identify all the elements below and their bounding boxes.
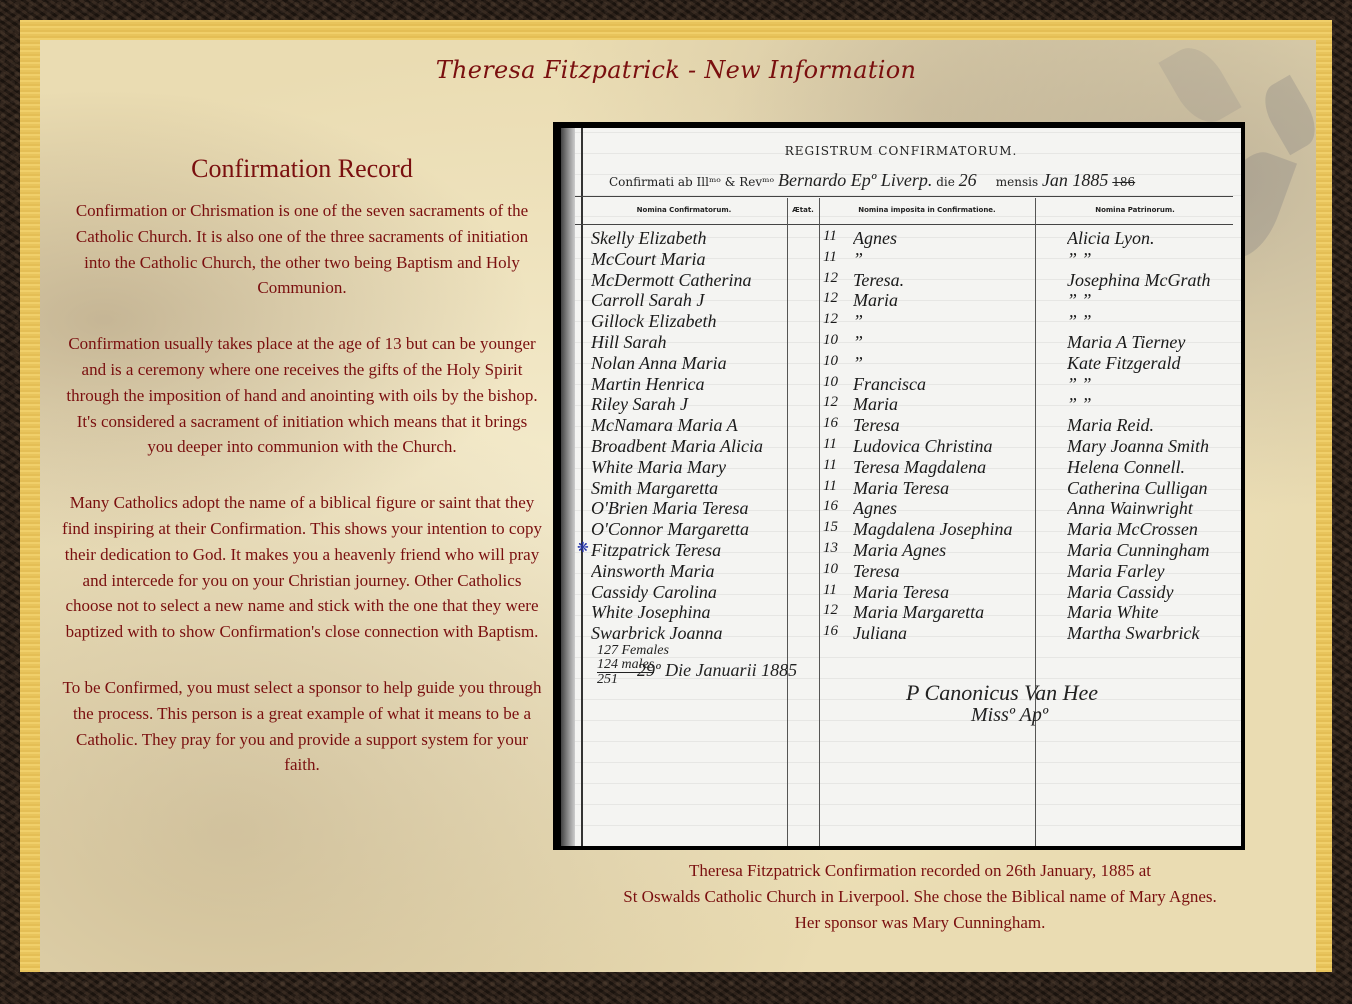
cell-confirmation-name: Francisca: [853, 374, 1063, 395]
register-row: Skelly Elizabeth11AgnesAlicia Lyon.: [591, 228, 1235, 249]
cell-age: 12: [823, 602, 838, 619]
register-row: Cassidy Carolina11Maria TeresaMaria Cass…: [591, 582, 1235, 603]
register-row-highlighted: ❋Fitzpatrick Teresa13Maria AgnesMaria Cu…: [591, 540, 1235, 561]
cell-sponsor: Maria Reid.: [1067, 415, 1267, 436]
cell-age: 10: [823, 353, 838, 370]
cell-name: O'Connor Margaretta: [591, 519, 811, 540]
register-row: Ainsworth Maria10TeresaMaria Farley: [591, 561, 1235, 582]
register-row: Smith Margaretta11Maria TeresaCatherina …: [591, 478, 1235, 499]
tally-females: 127 Females: [597, 644, 669, 658]
caption-line-2: St Oswalds Catholic Church in Liverpool.…: [560, 884, 1280, 910]
margin-line: [581, 128, 583, 846]
signature: P Canonicus Van Hee: [906, 680, 1098, 706]
decorative-leaf: [1255, 75, 1325, 156]
cell-confirmation-name: Maria Teresa: [853, 582, 1063, 603]
cell-sponsor: Maria White: [1067, 602, 1267, 623]
cell-sponsor: Maria McCrossen: [1067, 519, 1267, 540]
cell-name: Swarbrick Joanna: [591, 623, 811, 644]
register-row: Gillock Elizabeth12”” ”: [591, 311, 1235, 332]
cell-sponsor: Maria Farley: [1067, 561, 1267, 582]
cell-sponsor: Maria A Tierney: [1067, 332, 1267, 353]
cell-confirmation-name: Maria Agnes: [853, 540, 1063, 561]
record-caption: Theresa Fitzpatrick Confirmation recorde…: [560, 858, 1280, 936]
cell-age: 11: [823, 228, 837, 245]
cell-confirmation-name: Teresa: [853, 415, 1063, 436]
register-row: White Maria Mary11Teresa MagdalenaHelena…: [591, 457, 1235, 478]
cell-age: 11: [823, 478, 837, 495]
cell-confirmation-name: ”: [853, 332, 1063, 353]
book-spine: [561, 128, 575, 846]
cell-name: Gillock Elizabeth: [591, 311, 811, 332]
subline-bishop: Bernardo Epº Liverp.: [778, 170, 932, 190]
register-row: Carroll Sarah J12Maria” ”: [591, 290, 1235, 311]
register-row: Nolan Anna Maria10”Kate Fitzgerald: [591, 353, 1235, 374]
cell-name: White Josephina: [591, 602, 811, 623]
cell-age: 10: [823, 374, 838, 391]
cell-sponsor: ” ”: [1067, 290, 1267, 311]
cell-name: Smith Margaretta: [591, 478, 811, 499]
subline-mensis: mensis: [996, 175, 1038, 189]
cell-age: 16: [823, 623, 838, 640]
cell-name: Cassidy Carolina: [591, 582, 811, 603]
cell-confirmation-name: Maria: [853, 394, 1063, 415]
section-title: Confirmation Record: [62, 154, 542, 184]
cell-name: Carroll Sarah J: [591, 290, 811, 311]
register-row: O'Connor Margaretta15Magdalena Josephina…: [591, 519, 1235, 540]
cell-sponsor: Anna Wainwright: [1067, 498, 1267, 519]
cell-sponsor: Maria Cassidy: [1067, 582, 1267, 603]
cell-confirmation-name: ”: [853, 249, 1063, 270]
cell-age: 12: [823, 290, 838, 307]
cell-sponsor: Helena Connell.: [1067, 457, 1267, 478]
decorative-leaf: [1158, 38, 1241, 132]
cell-age: 10: [823, 332, 838, 349]
cell-age: 12: [823, 394, 838, 411]
register-page: REGISTRUM CONFIRMATORUM. Confirmati ab I…: [561, 128, 1241, 846]
cell-confirmation-name: Teresa.: [853, 270, 1063, 291]
cell-age: 12: [823, 270, 838, 287]
cell-sponsor: Maria Cunningham: [1067, 540, 1267, 561]
register-row: McNamara Maria A16TeresaMaria Reid.: [591, 415, 1235, 436]
cell-sponsor: Josephina McGrath: [1067, 270, 1267, 291]
register-row: Broadbent Maria Alicia11Ludovica Christi…: [591, 436, 1235, 457]
cell-sponsor: ” ”: [1067, 394, 1267, 415]
cell-sponsor: Martha Swarbrick: [1067, 623, 1267, 644]
cell-age: 16: [823, 498, 838, 515]
signature-title: Missº Apº: [971, 704, 1048, 727]
caption-line-3: Her sponsor was Mary Cunningham.: [560, 910, 1280, 936]
rule: [575, 224, 1233, 225]
caption-line-1: Theresa Fitzpatrick Confirmation recorde…: [560, 858, 1280, 884]
paragraph-age: Confirmation usually takes place at the …: [62, 331, 542, 460]
cell-name: Ainsworth Maria: [591, 561, 811, 582]
paragraph-definition: Confirmation or Chrismation is one of th…: [62, 198, 542, 301]
cell-sponsor: Alicia Lyon.: [1067, 228, 1267, 249]
cell-age: 11: [823, 436, 837, 453]
cell-sponsor: Mary Joanna Smith: [1067, 436, 1267, 457]
cell-name: McCourt Maria: [591, 249, 811, 270]
cell-age: 10: [823, 561, 838, 578]
register-row: McDermott Catherina12Teresa.Josephina Mc…: [591, 270, 1235, 291]
cell-name: White Maria Mary: [591, 457, 811, 478]
register-row: Hill Sarah10”Maria A Tierney: [591, 332, 1235, 353]
register-row: White Josephina12Maria MargarettaMaria W…: [591, 602, 1235, 623]
cell-confirmation-name: ”: [853, 311, 1063, 332]
subline-struck-year: 186: [1112, 175, 1135, 189]
cell-confirmation-name: Ludovica Christina: [853, 436, 1063, 457]
cell-confirmation-name: Maria Teresa: [853, 478, 1063, 499]
cell-name: Fitzpatrick Teresa: [591, 540, 811, 561]
cell-confirmation-name: Juliana: [853, 623, 1063, 644]
cell-confirmation-name: Magdalena Josephina: [853, 519, 1063, 540]
register-scan: REGISTRUM CONFIRMATORUM. Confirmati ab I…: [553, 122, 1245, 850]
info-column: Confirmation Record Confirmation or Chri…: [62, 150, 542, 808]
cell-name: Martin Henrica: [591, 374, 811, 395]
cell-age: 11: [823, 249, 837, 266]
cell-age: 12: [823, 311, 838, 328]
column-header-sponsors: Nomina Patrinorum.: [1035, 206, 1235, 214]
register-row: McCourt Maria11”” ”: [591, 249, 1235, 270]
cell-age: 11: [823, 582, 837, 599]
subline-month-year: Jan 1885: [1042, 170, 1109, 190]
cell-confirmation-name: Agnes: [853, 498, 1063, 519]
cell-age: 15: [823, 519, 838, 536]
cell-confirmation-name: Maria Margaretta: [853, 602, 1063, 623]
column-header-age: Ætat.: [787, 206, 819, 214]
column-header-confirmation-name: Nomina imposita in Confirmatione.: [819, 206, 1035, 214]
cell-name: Skelly Elizabeth: [591, 228, 811, 249]
cell-age: 16: [823, 415, 838, 432]
cell-confirmation-name: Agnes: [853, 228, 1063, 249]
register-subline: Confirmati ab Illᵐᵒ & Revᵐᵒ Bernardo Epº…: [609, 170, 1135, 191]
page-title: Theresa Fitzpatrick - New Information: [0, 56, 1352, 84]
register-row: O'Brien Maria Teresa16AgnesAnna Wainwrig…: [591, 498, 1235, 519]
cell-sponsor: Catherina Culligan: [1067, 478, 1267, 499]
cell-age: 13: [823, 540, 838, 557]
asterisk-marker-icon: ❋: [577, 540, 589, 557]
cell-name: McDermott Catherina: [591, 270, 811, 291]
cell-name: Broadbent Maria Alicia: [591, 436, 811, 457]
register-row: Riley Sarah J12Maria” ”: [591, 394, 1235, 415]
paragraph-sponsor: To be Confirmed, you must select a spons…: [62, 675, 542, 778]
cell-name: Hill Sarah: [591, 332, 811, 353]
cell-name: Nolan Anna Maria: [591, 353, 811, 374]
cell-sponsor: Kate Fitzgerald: [1067, 353, 1267, 374]
register-row: Martin Henrica10Francisca” ”: [591, 374, 1235, 395]
cell-sponsor: ” ”: [1067, 311, 1267, 332]
subline-prefix: Confirmati ab Illᵐᵒ & Revᵐᵒ: [609, 175, 774, 189]
cell-age: 11: [823, 457, 837, 474]
cell-confirmation-name: Teresa: [853, 561, 1063, 582]
rule: [575, 196, 1233, 197]
register-rows: Skelly Elizabeth11AgnesAlicia Lyon. McCo…: [591, 228, 1235, 644]
cell-name: McNamara Maria A: [591, 415, 811, 436]
cell-name: O'Brien Maria Teresa: [591, 498, 811, 519]
subline-day: 26: [959, 170, 977, 190]
cell-name: Riley Sarah J: [591, 394, 811, 415]
cell-confirmation-name: Maria: [853, 290, 1063, 311]
paragraph-names: Many Catholics adopt the name of a bibli…: [62, 490, 542, 645]
register-heading: REGISTRUM CONFIRMATORUM.: [561, 144, 1241, 158]
register-row: Swarbrick Joanna16JulianaMartha Swarbric…: [591, 623, 1235, 644]
cell-sponsor: ” ”: [1067, 374, 1267, 395]
cell-sponsor: ” ”: [1067, 249, 1267, 270]
subline-die: die: [936, 175, 955, 189]
date-note: 29º Die Januarii 1885: [637, 660, 797, 681]
cell-confirmation-name: Teresa Magdalena: [853, 457, 1063, 478]
cell-confirmation-name: ”: [853, 353, 1063, 374]
column-header-names: Nomina Confirmatorum.: [581, 206, 787, 214]
